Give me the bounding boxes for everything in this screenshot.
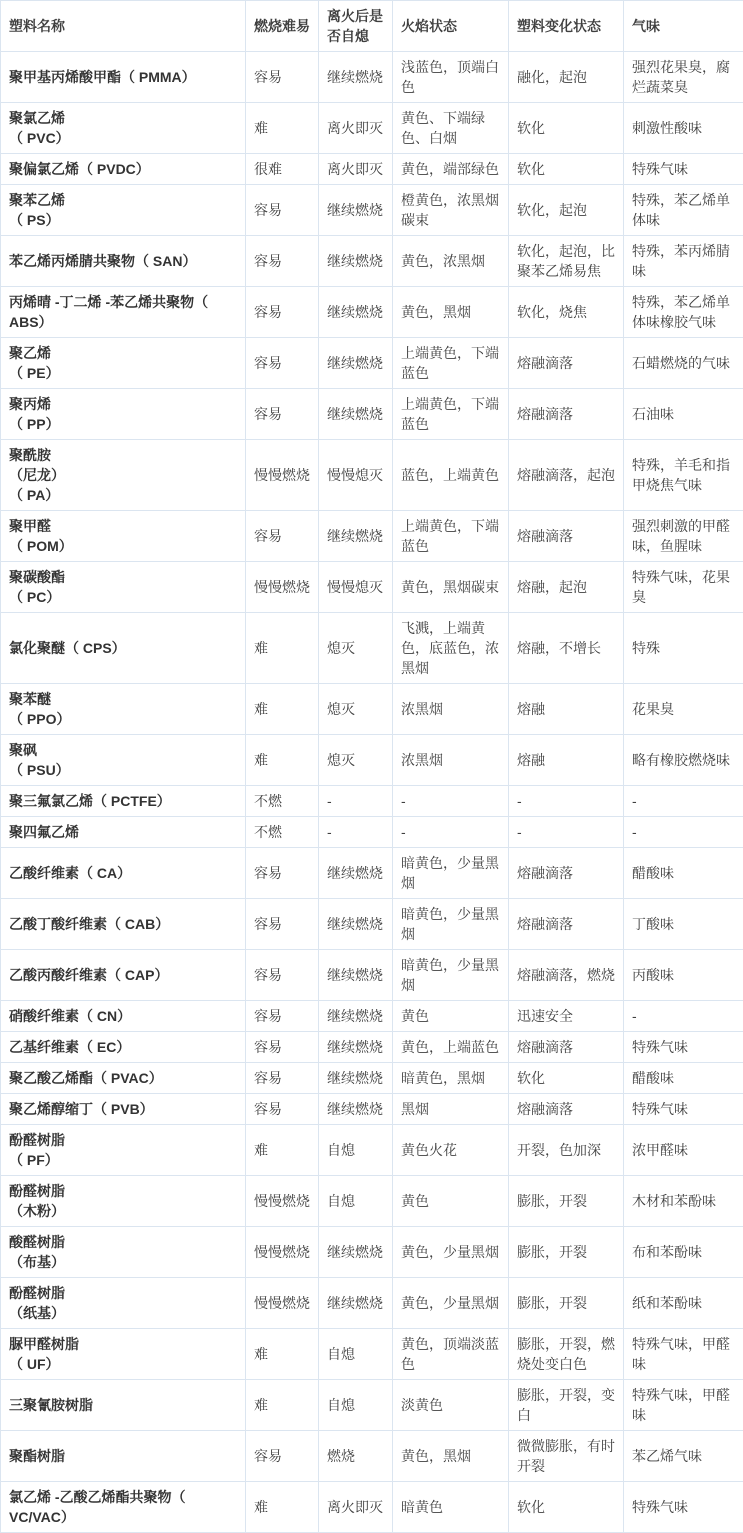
table-row: 聚乙烯 （ PE）容易继续燃烧上端黄色，下端 蓝色熔融滴落石蜡燃烧的气味 [1, 338, 743, 389]
cell-flame-state: 橙黄色，浓黑烟 碳束 [393, 185, 509, 236]
cell-name: 乙酸丁酸纤维素（ CAB） [1, 899, 246, 950]
cell-odor: 特殊气味 [624, 1032, 743, 1063]
cell-burnability: 容易 [246, 1001, 319, 1032]
cell-flame-state: 浓黑烟 [393, 684, 509, 735]
cell-self-extinguish: 继续燃烧 [319, 1001, 393, 1032]
cell-odor: 醋酸味 [624, 848, 743, 899]
cell-odor: - [624, 1001, 743, 1032]
cell-flame-state: 蓝色，上端黄色 [393, 440, 509, 511]
cell-plastic-change: 软化 [509, 103, 624, 154]
cell-flame-state: 黄色，黑烟 [393, 1431, 509, 1482]
cell-odor: 特殊，苯乙烯单 体味橡胶气味 [624, 287, 743, 338]
cell-self-extinguish: 继续燃烧 [319, 511, 393, 562]
table-body: 聚甲基丙烯酸甲酯（ PMMA）容易继续燃烧浅蓝色，顶端白 色融化，起泡强烈花果臭… [1, 52, 743, 1533]
cell-name: 聚酯树脂 [1, 1431, 246, 1482]
cell-name: 乙酸丙酸纤维素（ CAP） [1, 950, 246, 1001]
cell-plastic-change: 熔融滴落 [509, 338, 624, 389]
cell-odor: 苯乙烯气味 [624, 1431, 743, 1482]
cell-flame-state: 黄色 [393, 1176, 509, 1227]
cell-name: 聚碳酸酯 （ PC） [1, 562, 246, 613]
cell-self-extinguish: 继续燃烧 [319, 52, 393, 103]
cell-name: 聚酰胺 （尼龙） （ PA） [1, 440, 246, 511]
header-cell-plastic-change: 塑料变化状态 [509, 1, 624, 52]
table-row: 聚偏氯乙烯（ PVDC）很难离火即灭黄色，端部绿色软化特殊气味 [1, 154, 743, 185]
cell-flame-state: 暗黄色，少量黑 烟 [393, 950, 509, 1001]
cell-name: 聚偏氯乙烯（ PVDC） [1, 154, 246, 185]
cell-name: 聚砜 （ PSU） [1, 735, 246, 786]
plastics-burning-table: 塑料名称 燃烧难易 离火后是 否自熄 火焰状态 塑料变化状态 气味 聚甲基丙烯酸… [0, 0, 743, 1533]
cell-burnability: 慢慢燃烧 [246, 1227, 319, 1278]
cell-flame-state: 黄色，少量黑烟 [393, 1227, 509, 1278]
cell-self-extinguish: 燃烧 [319, 1431, 393, 1482]
cell-plastic-change: 软化 [509, 1063, 624, 1094]
cell-burnability: 慢慢燃烧 [246, 1176, 319, 1227]
cell-odor: 木材和苯酚味 [624, 1176, 743, 1227]
cell-flame-state: 暗黄色，黑烟 [393, 1063, 509, 1094]
table-row: 乙酸丁酸纤维素（ CAB）容易继续燃烧暗黄色，少量黑 烟熔融滴落丁酸味 [1, 899, 743, 950]
page: 塑料名称 燃烧难易 离火后是 否自熄 火焰状态 塑料变化状态 气味 聚甲基丙烯酸… [0, 0, 743, 1533]
cell-burnability: 容易 [246, 950, 319, 1001]
cell-plastic-change: 膨胀，开裂，燃 烧处变白色 [509, 1329, 624, 1380]
table-row: 聚砜 （ PSU）难熄灭浓黑烟熔融略有橡胶燃烧味 [1, 735, 743, 786]
cell-self-extinguish: 熄灭 [319, 735, 393, 786]
header-row: 塑料名称 燃烧难易 离火后是 否自熄 火焰状态 塑料变化状态 气味 [1, 1, 743, 52]
cell-self-extinguish: 继续燃烧 [319, 1032, 393, 1063]
cell-odor: 丁酸味 [624, 899, 743, 950]
cell-odor: 略有橡胶燃烧味 [624, 735, 743, 786]
cell-flame-state: 黄色，端部绿色 [393, 154, 509, 185]
header-cell-burnability: 燃烧难易 [246, 1, 319, 52]
cell-name: 聚甲醛 （ POM） [1, 511, 246, 562]
cell-burnability: 难 [246, 103, 319, 154]
cell-burnability: 难 [246, 1329, 319, 1380]
table-row: 聚氯乙烯 （ PVC）难离火即灭黄色、下端绿 色、白烟软化刺激性酸味 [1, 103, 743, 154]
cell-odor: 特殊 [624, 613, 743, 684]
table-row: 酚醛树脂 （ PF）难自熄黄色火花开裂，色加深浓甲醛味 [1, 1125, 743, 1176]
cell-flame-state: 淡黄色 [393, 1380, 509, 1431]
cell-self-extinguish: 继续燃烧 [319, 848, 393, 899]
cell-self-extinguish: 熄灭 [319, 613, 393, 684]
table-header: 塑料名称 燃烧难易 离火后是 否自熄 火焰状态 塑料变化状态 气味 [1, 1, 743, 52]
cell-plastic-change: 熔融 [509, 735, 624, 786]
cell-odor: 特殊气味 [624, 1482, 743, 1533]
cell-plastic-change: 熔融滴落 [509, 848, 624, 899]
cell-name: 聚乙酸乙烯酯（ PVAC） [1, 1063, 246, 1094]
cell-plastic-change: - [509, 786, 624, 817]
cell-flame-state: 黄色，上端蓝色 [393, 1032, 509, 1063]
cell-name: 聚苯醚 （ PPO） [1, 684, 246, 735]
cell-flame-state: 黑烟 [393, 1094, 509, 1125]
cell-flame-state: 飞溅，上端黄 色，底蓝色，浓 黑烟 [393, 613, 509, 684]
cell-self-extinguish: 继续燃烧 [319, 899, 393, 950]
cell-odor: 花果臭 [624, 684, 743, 735]
cell-burnability: 容易 [246, 1431, 319, 1482]
cell-self-extinguish: 自熄 [319, 1329, 393, 1380]
cell-odor: 特殊，苯丙烯腈 味 [624, 236, 743, 287]
cell-odor: 醋酸味 [624, 1063, 743, 1094]
cell-self-extinguish: 自熄 [319, 1125, 393, 1176]
cell-name: 聚苯乙烯 （ PS） [1, 185, 246, 236]
table-row: 丙烯晴 -丁二烯 -苯乙烯共聚物（ ABS）容易继续燃烧黄色，黑烟软化，烧焦特殊… [1, 287, 743, 338]
cell-flame-state: 黄色，顶端淡蓝 色 [393, 1329, 509, 1380]
cell-self-extinguish: - [319, 786, 393, 817]
cell-name: 聚丙烯 （ PP） [1, 389, 246, 440]
cell-self-extinguish: 继续燃烧 [319, 185, 393, 236]
cell-name: 硝酸纤维素（ CN） [1, 1001, 246, 1032]
cell-burnability: 不燃 [246, 786, 319, 817]
cell-name: 酸醛树脂 （布基） [1, 1227, 246, 1278]
cell-plastic-change: 熔融 [509, 684, 624, 735]
cell-self-extinguish: 离火即灭 [319, 103, 393, 154]
cell-name: 聚乙烯 （ PE） [1, 338, 246, 389]
cell-odor: 特殊气味，甲醛 味 [624, 1380, 743, 1431]
cell-burnability: 容易 [246, 52, 319, 103]
cell-flame-state: 黄色，黑烟 [393, 287, 509, 338]
table-row: 乙酸丙酸纤维素（ CAP）容易继续燃烧暗黄色，少量黑 烟熔融滴落，燃烧丙酸味 [1, 950, 743, 1001]
table-row: 聚苯乙烯 （ PS）容易继续燃烧橙黄色，浓黑烟 碳束软化，起泡特殊，苯乙烯单 体… [1, 185, 743, 236]
cell-flame-state: 黄色，少量黑烟 [393, 1278, 509, 1329]
cell-flame-state: 暗黄色 [393, 1482, 509, 1533]
cell-flame-state: 黄色，黑烟碳束 [393, 562, 509, 613]
cell-odor: 特殊气味，花果 臭 [624, 562, 743, 613]
cell-self-extinguish: 继续燃烧 [319, 389, 393, 440]
cell-self-extinguish: 慢慢熄灭 [319, 562, 393, 613]
cell-plastic-change: - [509, 817, 624, 848]
cell-burnability: 容易 [246, 1063, 319, 1094]
cell-burnability: 慢慢燃烧 [246, 562, 319, 613]
cell-self-extinguish: 继续燃烧 [319, 287, 393, 338]
table-row: 酚醛树脂 （纸基）慢慢燃烧继续燃烧黄色，少量黑烟膨胀，开裂纸和苯酚味 [1, 1278, 743, 1329]
cell-flame-state: 浓黑烟 [393, 735, 509, 786]
cell-flame-state: 暗黄色，少量黑 烟 [393, 848, 509, 899]
table-row: 氯乙烯 -乙酸乙烯酯共聚物（ VC/VAC）难离火即灭暗黄色软化特殊气味 [1, 1482, 743, 1533]
table-row: 聚甲基丙烯酸甲酯（ PMMA）容易继续燃烧浅蓝色，顶端白 色融化，起泡强烈花果臭… [1, 52, 743, 103]
cell-burnability: 难 [246, 1125, 319, 1176]
cell-name: 酚醛树脂 （纸基） [1, 1278, 246, 1329]
cell-burnability: 慢慢燃烧 [246, 1278, 319, 1329]
cell-name: 聚甲基丙烯酸甲酯（ PMMA） [1, 52, 246, 103]
cell-name: 乙酸纤维素（ CA） [1, 848, 246, 899]
cell-flame-state: 上端黄色，下端 蓝色 [393, 338, 509, 389]
cell-plastic-change: 开裂，色加深 [509, 1125, 624, 1176]
table-row: 苯乙烯丙烯腈共聚物（ SAN）容易继续燃烧黄色，浓黑烟软化，起泡，比 聚苯乙烯易… [1, 236, 743, 287]
cell-burnability: 容易 [246, 389, 319, 440]
cell-plastic-change: 熔融滴落，燃烧 [509, 950, 624, 1001]
table-row: 聚乙烯醇缩丁（ PVB）容易继续燃烧黑烟熔融滴落特殊气味 [1, 1094, 743, 1125]
table-row: 聚四氟乙烯不燃---- [1, 817, 743, 848]
cell-odor: 特殊气味 [624, 154, 743, 185]
cell-plastic-change: 熔融，不增长 [509, 613, 624, 684]
table-row: 聚丙烯 （ PP）容易继续燃烧上端黄色，下端 蓝色熔融滴落石油味 [1, 389, 743, 440]
cell-flame-state: 黄色火花 [393, 1125, 509, 1176]
cell-flame-state: 上端黄色，下端 蓝色 [393, 389, 509, 440]
cell-burnability: 难 [246, 684, 319, 735]
cell-self-extinguish: 离火即灭 [319, 1482, 393, 1533]
cell-burnability: 容易 [246, 338, 319, 389]
header-cell-odor: 气味 [624, 1, 743, 52]
cell-burnability: 容易 [246, 848, 319, 899]
cell-flame-state: 上端黄色，下端 蓝色 [393, 511, 509, 562]
cell-odor: 刺激性酸味 [624, 103, 743, 154]
cell-burnability: 容易 [246, 1032, 319, 1063]
cell-self-extinguish: 继续燃烧 [319, 338, 393, 389]
cell-plastic-change: 熔融滴落 [509, 899, 624, 950]
table-row: 聚酰胺 （尼龙） （ PA）慢慢燃烧慢慢熄灭蓝色，上端黄色熔融滴落，起泡特殊，羊… [1, 440, 743, 511]
cell-odor: 特殊，苯乙烯单 体味 [624, 185, 743, 236]
cell-flame-state: - [393, 817, 509, 848]
table-row: 三聚氰胺树脂难自熄淡黄色膨胀，开裂，变 白特殊气味，甲醛 味 [1, 1380, 743, 1431]
cell-odor: 特殊气味 [624, 1094, 743, 1125]
cell-self-extinguish: - [319, 817, 393, 848]
cell-odor: 特殊气味，甲醛 味 [624, 1329, 743, 1380]
cell-plastic-change: 迅速安全 [509, 1001, 624, 1032]
table-row: 聚苯醚 （ PPO）难熄灭浓黑烟熔融花果臭 [1, 684, 743, 735]
cell-name: 苯乙烯丙烯腈共聚物（ SAN） [1, 236, 246, 287]
cell-plastic-change: 软化，起泡 [509, 185, 624, 236]
cell-name: 三聚氰胺树脂 [1, 1380, 246, 1431]
cell-name: 脲甲醛树脂 （ UF） [1, 1329, 246, 1380]
cell-odor: 特殊，羊毛和指 甲烧焦气味 [624, 440, 743, 511]
cell-flame-state: - [393, 786, 509, 817]
cell-odor: 强烈刺激的甲醛 味，鱼腥味 [624, 511, 743, 562]
table-row: 乙酸纤维素（ CA）容易继续燃烧暗黄色，少量黑 烟熔融滴落醋酸味 [1, 848, 743, 899]
cell-plastic-change: 膨胀，开裂 [509, 1227, 624, 1278]
cell-plastic-change: 膨胀，开裂 [509, 1278, 624, 1329]
cell-burnability: 容易 [246, 511, 319, 562]
cell-name: 聚乙烯醇缩丁（ PVB） [1, 1094, 246, 1125]
cell-self-extinguish: 熄灭 [319, 684, 393, 735]
cell-odor: 石油味 [624, 389, 743, 440]
cell-odor: 丙酸味 [624, 950, 743, 1001]
cell-name: 酚醛树脂 （木粉） [1, 1176, 246, 1227]
cell-name: 丙烯晴 -丁二烯 -苯乙烯共聚物（ ABS） [1, 287, 246, 338]
table-row: 氯化聚醚（ CPS）难熄灭飞溅，上端黄 色，底蓝色，浓 黑烟熔融，不增长特殊 [1, 613, 743, 684]
cell-self-extinguish: 继续燃烧 [319, 236, 393, 287]
cell-odor: 纸和苯酚味 [624, 1278, 743, 1329]
cell-self-extinguish: 离火即灭 [319, 154, 393, 185]
cell-plastic-change: 熔融滴落 [509, 1094, 624, 1125]
cell-flame-state: 浅蓝色，顶端白 色 [393, 52, 509, 103]
cell-name: 聚三氟氯乙烯（ PCTFE） [1, 786, 246, 817]
cell-burnability: 容易 [246, 236, 319, 287]
cell-odor: - [624, 786, 743, 817]
cell-burnability: 容易 [246, 287, 319, 338]
cell-burnability: 难 [246, 735, 319, 786]
cell-plastic-change: 膨胀，开裂 [509, 1176, 624, 1227]
cell-plastic-change: 软化 [509, 154, 624, 185]
table-row: 酚醛树脂 （木粉）慢慢燃烧自熄黄色膨胀，开裂木材和苯酚味 [1, 1176, 743, 1227]
cell-burnability: 慢慢燃烧 [246, 440, 319, 511]
cell-flame-state: 暗黄色，少量黑 烟 [393, 899, 509, 950]
cell-burnability: 容易 [246, 185, 319, 236]
cell-burnability: 很难 [246, 154, 319, 185]
cell-odor: 布和苯酚味 [624, 1227, 743, 1278]
header-cell-flame-state: 火焰状态 [393, 1, 509, 52]
cell-self-extinguish: 继续燃烧 [319, 950, 393, 1001]
header-cell-self-extinguish: 离火后是 否自熄 [319, 1, 393, 52]
cell-burnability: 容易 [246, 1094, 319, 1125]
cell-name: 氯乙烯 -乙酸乙烯酯共聚物（ VC/VAC） [1, 1482, 246, 1533]
cell-plastic-change: 软化，起泡，比 聚苯乙烯易焦 [509, 236, 624, 287]
cell-name: 乙基纤维素（ EC） [1, 1032, 246, 1063]
cell-plastic-change: 熔融滴落 [509, 389, 624, 440]
cell-plastic-change: 熔融，起泡 [509, 562, 624, 613]
table-row: 聚乙酸乙烯酯（ PVAC）容易继续燃烧暗黄色，黑烟软化醋酸味 [1, 1063, 743, 1094]
cell-plastic-change: 软化，烧焦 [509, 287, 624, 338]
cell-odor: - [624, 817, 743, 848]
cell-plastic-change: 微微膨胀，有时 开裂 [509, 1431, 624, 1482]
cell-plastic-change: 熔融滴落 [509, 511, 624, 562]
cell-self-extinguish: 慢慢熄灭 [319, 440, 393, 511]
cell-flame-state: 黄色 [393, 1001, 509, 1032]
cell-plastic-change: 融化，起泡 [509, 52, 624, 103]
cell-self-extinguish: 继续燃烧 [319, 1094, 393, 1125]
cell-burnability: 难 [246, 613, 319, 684]
cell-flame-state: 黄色，浓黑烟 [393, 236, 509, 287]
cell-self-extinguish: 自熄 [319, 1176, 393, 1227]
cell-flame-state: 黄色、下端绿 色、白烟 [393, 103, 509, 154]
table-row: 聚三氟氯乙烯（ PCTFE）不燃---- [1, 786, 743, 817]
cell-plastic-change: 熔融滴落，起泡 [509, 440, 624, 511]
cell-self-extinguish: 继续燃烧 [319, 1278, 393, 1329]
cell-plastic-change: 熔融滴落 [509, 1032, 624, 1063]
cell-plastic-change: 软化 [509, 1482, 624, 1533]
cell-odor: 浓甲醛味 [624, 1125, 743, 1176]
cell-burnability: 不燃 [246, 817, 319, 848]
header-cell-name: 塑料名称 [1, 1, 246, 52]
cell-name: 聚氯乙烯 （ PVC） [1, 103, 246, 154]
cell-self-extinguish: 自熄 [319, 1380, 393, 1431]
cell-burnability: 容易 [246, 899, 319, 950]
cell-burnability: 难 [246, 1380, 319, 1431]
cell-odor: 石蜡燃烧的气味 [624, 338, 743, 389]
cell-name: 聚四氟乙烯 [1, 817, 246, 848]
table-row: 硝酸纤维素（ CN）容易继续燃烧黄色迅速安全- [1, 1001, 743, 1032]
table-row: 聚碳酸酯 （ PC）慢慢燃烧慢慢熄灭黄色，黑烟碳束熔融，起泡特殊气味，花果 臭 [1, 562, 743, 613]
table-row: 酸醛树脂 （布基）慢慢燃烧继续燃烧黄色，少量黑烟膨胀，开裂布和苯酚味 [1, 1227, 743, 1278]
cell-name: 氯化聚醚（ CPS） [1, 613, 246, 684]
table-row: 乙基纤维素（ EC）容易继续燃烧黄色，上端蓝色熔融滴落特殊气味 [1, 1032, 743, 1063]
table-row: 聚酯树脂容易燃烧黄色，黑烟微微膨胀，有时 开裂苯乙烯气味 [1, 1431, 743, 1482]
cell-self-extinguish: 继续燃烧 [319, 1063, 393, 1094]
cell-self-extinguish: 继续燃烧 [319, 1227, 393, 1278]
table-row: 聚甲醛 （ POM）容易继续燃烧上端黄色，下端 蓝色熔融滴落强烈刺激的甲醛 味，… [1, 511, 743, 562]
cell-plastic-change: 膨胀，开裂，变 白 [509, 1380, 624, 1431]
cell-odor: 强烈花果臭，腐 烂蔬菜臭 [624, 52, 743, 103]
cell-burnability: 难 [246, 1482, 319, 1533]
cell-name: 酚醛树脂 （ PF） [1, 1125, 246, 1176]
table-row: 脲甲醛树脂 （ UF）难自熄黄色，顶端淡蓝 色膨胀，开裂，燃 烧处变白色特殊气味… [1, 1329, 743, 1380]
